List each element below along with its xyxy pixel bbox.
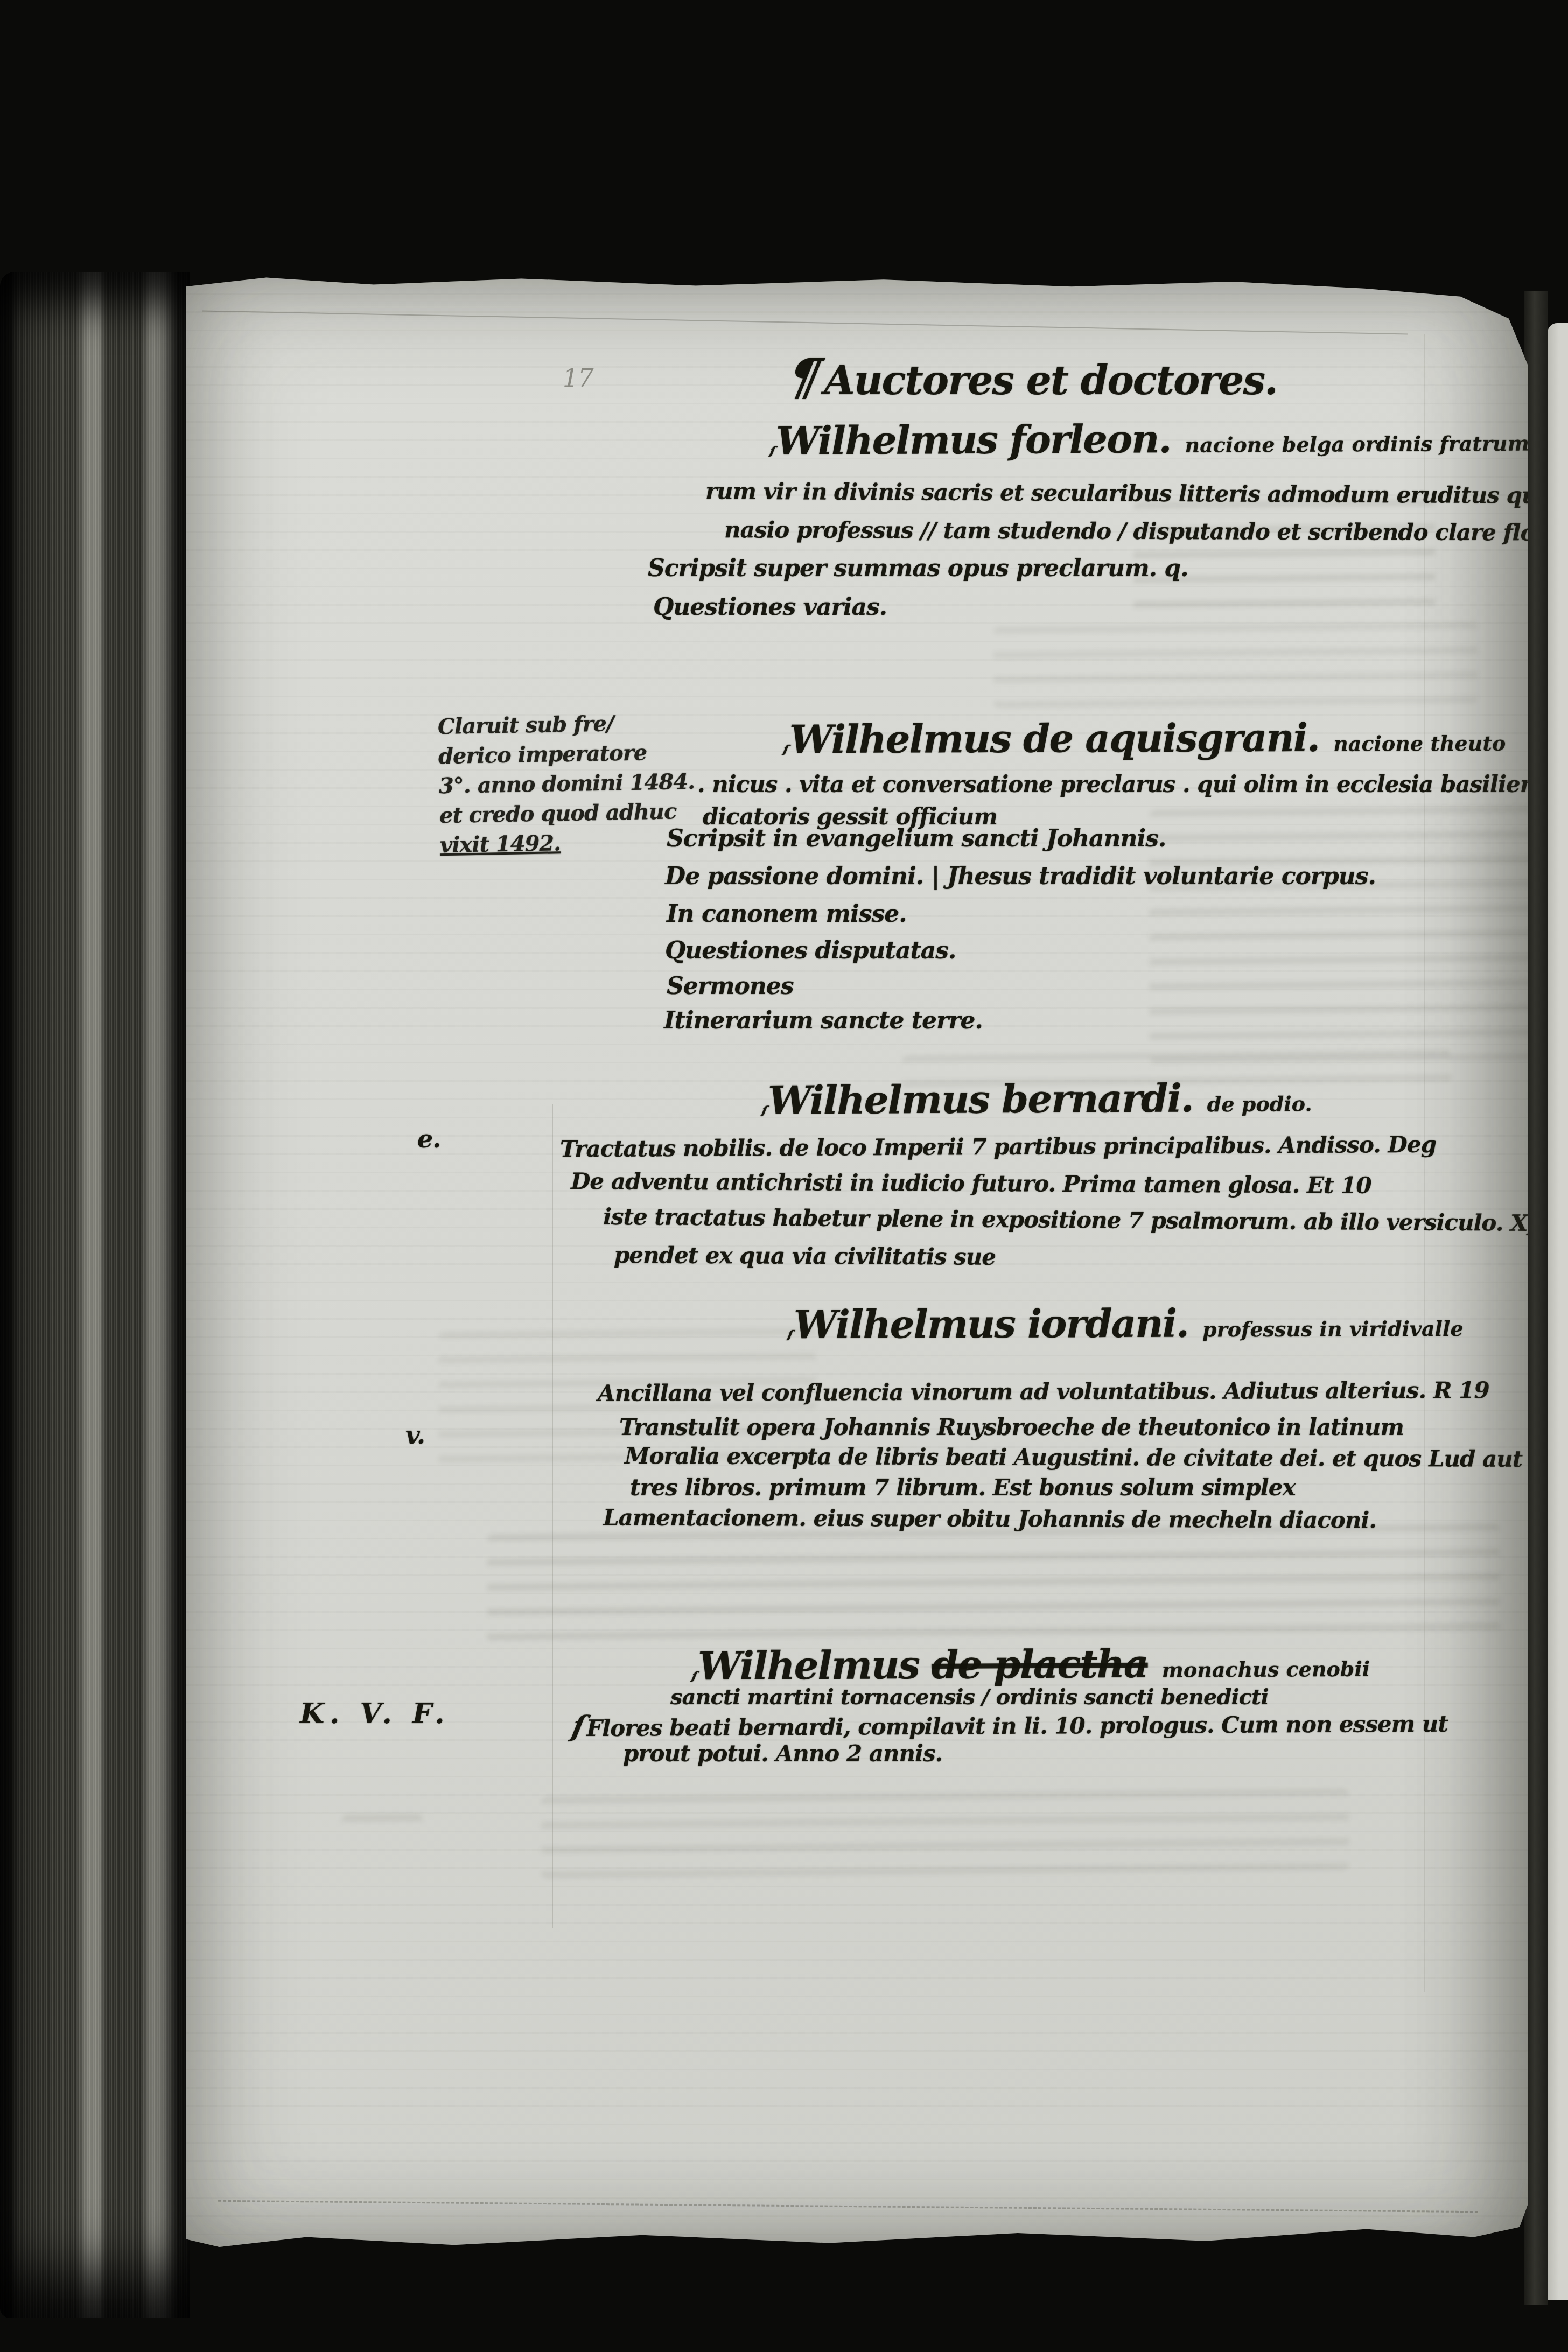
entry-body-line: pendet ex qua via civilitatis sue [614,1242,996,1270]
entry-heading: ſſWilhelmus forleon.nacione belga ordini… [770,414,1568,464]
entry-body-line: iste tractatus habetur plene in expositi… [603,1203,1543,1236]
author-name: Wilhelmus iordani. [794,1300,1188,1348]
work-item: Itinerarium sancte terre. [664,1007,983,1034]
folio-number: 17 [563,363,593,393]
entry-body-line: Ancillana vel confluencia vinorum ad vol… [598,1377,1489,1406]
entry-heading: ſſWilhelmus de placthamonachus cenobii [692,1640,1370,1689]
author-name: Wilhelmus de aquisgrani. [789,715,1319,762]
margin-note: Claruit sub fre/ derico imperatore 3°. a… [438,708,696,860]
pilcrow-icon: ſſ [691,1669,695,1682]
margin-note-line: Claruit sub fre/ [438,708,694,741]
show-through-smudge [541,1789,1349,1878]
entry-body-line: tres libros. primum 7 librum. Est bonus … [630,1474,1296,1501]
work-item: In canonem misse. [667,900,907,928]
author-byline: de podio. [1207,1091,1312,1116]
entry-body-line: De adventu antichristi in iudicio futuro… [571,1168,1371,1199]
margin-note-line: 3°. anno domini 1484. [439,767,695,801]
entry-heading: ſſWilhelmus bernardi.de podio. [762,1074,1312,1123]
entry-body-line: Moralia excerpta de libris beati Augusti… [625,1443,1522,1472]
book-fore-edge-texture [0,272,190,2318]
margin-note-line: vixit 1492. [439,826,696,860]
margin-note-line: derico imperatore [438,737,695,771]
pilcrow-icon: ſſ [761,1104,765,1117]
show-through-smudge [487,1524,1500,1658]
next-page-sliver [1548,323,1568,2300]
author-name-struck-through: de plactha [932,1641,1148,1688]
margin-letters: K. V. F. [300,1697,450,1730]
entry-body-line: . nicus . vita et conversatione preclaru… [697,771,1568,797]
author-name: Wilhelmus forleon. [776,416,1171,464]
bottom-edge-dotted-line [218,2200,1478,2213]
author-name: Wilhelmus bernardi. [768,1075,1193,1123]
entry-body-line: Transtulit opera Johannis Ruysbroeche de… [619,1414,1404,1440]
pilcrow-icon: ſ [569,1710,577,1743]
work-item: Scripsit super summas opus preclarum. q. [648,555,1188,582]
entry-heading: ſſWilhelmus iordani.professus in viridiv… [788,1299,1464,1347]
author-byline: nacione theuto [1333,731,1506,756]
entry-body-text: Flores beati bernardi, compilavit in li.… [586,1711,1448,1741]
manuscript-page: 17 ¶Auctores et doctores. ſſWilhelmus fo… [186,275,1528,2275]
entry-body-line: rum vir in divinis sacris et secularibus… [705,478,1568,509]
margin-letter: v. [405,1420,425,1450]
pilcrow-icon: ſſ [782,743,786,755]
pilcrow-icon: ſſ [769,444,773,457]
entry-heading-line2: sancti martini tornacensis / ordinis san… [670,1684,1269,1710]
capitulum-mark: ¶ [782,347,808,406]
entry-body-line: prout potui. Anno 2 annis. [623,1740,942,1767]
author-byline: nacione belga ordinis fratrum mino [1185,431,1568,457]
entry-body-line: Tractatus nobilis. de loco Imperii 7 par… [560,1131,1436,1163]
entry-heading: ſſWilhelmus de aquisgrani.nacione theuto [783,714,1506,762]
margin-letter: e. [417,1124,440,1153]
show-through-smudge [993,622,1478,708]
entry-body-line: Lamentacionem. eius super obitu Johannis… [603,1504,1376,1533]
work-item: Questiones varias. [653,593,887,621]
work-item: Sermones [667,972,794,1000]
page-title-text: Auctores et doctores. [824,358,1277,404]
entry-body-line: ſFlores beati bernardi, compilavit in li… [572,1706,1448,1744]
work-item: Questiones disputatas. [665,937,956,964]
work-item: Scripsit in evangelium sancti Johannis. [667,825,1166,852]
entry-body-line: nasio professus // tam studendo / disput… [724,516,1568,546]
manuscript-photo: 17 ¶Auctores et doctores. ſſWilhelmus fo… [0,0,1568,2352]
margin-note-line: et credo quod adhuc [439,796,696,830]
show-through-smudge [1150,806,1568,1063]
author-byline: monachus cenobii [1162,1657,1370,1682]
pencil-mark-smudge [342,1814,423,1837]
work-item: De passione domini. | Jhesus tradidit vo… [665,863,1376,890]
page-title: ¶Auctores et doctores. [789,347,1277,406]
author-byline: professus in viridivalle [1202,1317,1464,1342]
scratch-line [202,310,1408,334]
author-name: Wilhelmus [698,1642,932,1689]
